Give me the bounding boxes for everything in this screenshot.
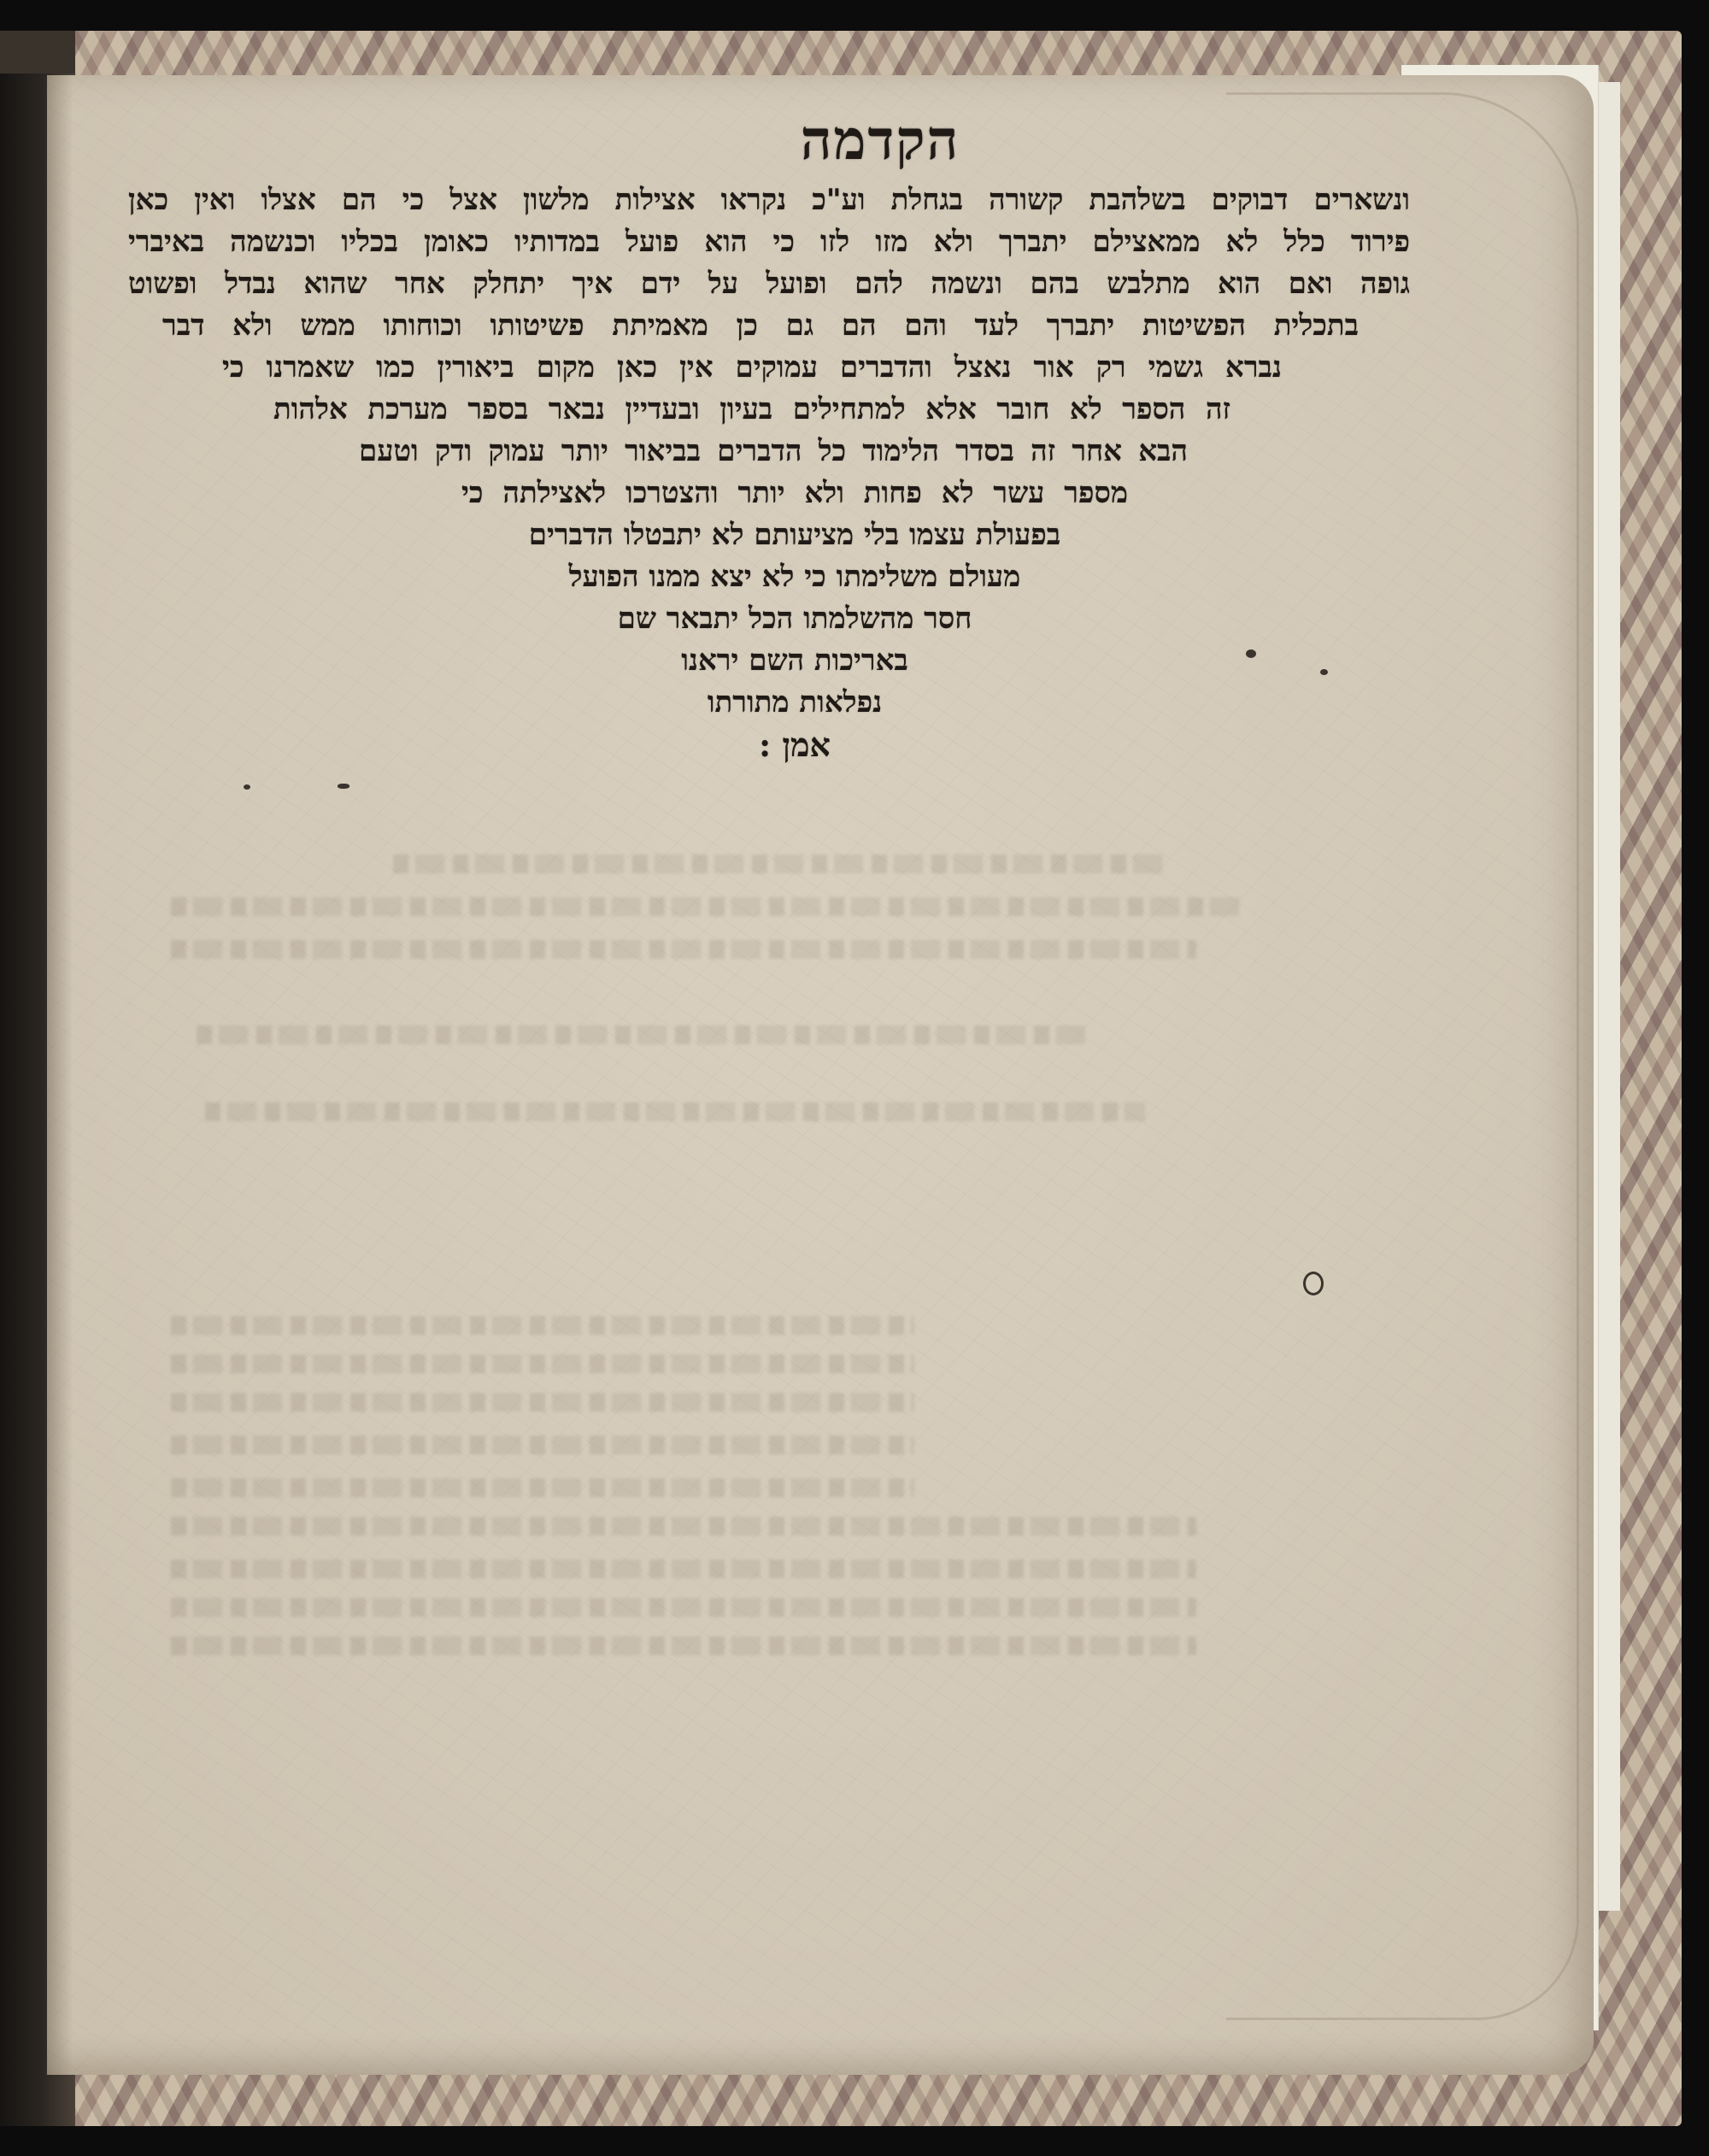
- introduction-text: הקדמה ונשארים דבוקים בשלהבת קשורה בגחלת …: [128, 103, 1359, 766]
- ink-spot: [1246, 649, 1256, 658]
- show-through-line: [171, 940, 1196, 959]
- show-through-line: [171, 1393, 914, 1412]
- text-line: הבא אחר זה בסדר הלימוד כל הדברים בביאור …: [359, 431, 1188, 473]
- printers-ornament-mark: [1303, 1272, 1324, 1295]
- show-through-line: [171, 1636, 1196, 1655]
- text-line: פירוד כלל לא ממאצילם יתברך ולא מזו לזו כ…: [128, 221, 1410, 263]
- text-line: נפלאות מתורתו: [231, 682, 1359, 724]
- gutter-shadow: [47, 75, 73, 2075]
- text-line: באריכות השם יראנו: [231, 640, 1359, 682]
- text-line: מספר עשר לא פחות ולא יותר והצטרכו לאצילת…: [461, 473, 1128, 514]
- show-through-line: [171, 1560, 1196, 1578]
- show-through-line: [171, 897, 1239, 916]
- closing-amen: אמן :: [231, 724, 1359, 766]
- ink-spot: [1320, 669, 1328, 675]
- show-through-line: [171, 1354, 914, 1373]
- text-line: בתכלית הפשיטות יתברך לעד והם הם גם כן מא…: [162, 305, 1359, 347]
- show-through-line: [393, 855, 1162, 873]
- text-line: גופה ואם הוא מתלבש בהם ונשמה להם ופועל ע…: [128, 263, 1410, 305]
- text-line: נברא גשמי רק אור נאצל והדברים עמוקים אין…: [222, 347, 1282, 389]
- text-line: בפעולת עצמו בלי מציעותם לא יתבטלו הדברים: [231, 514, 1359, 556]
- spine-band: [0, 31, 75, 73]
- show-through-line: [197, 1025, 1094, 1044]
- ink-spot: [338, 784, 349, 789]
- show-through-line: [171, 1436, 914, 1454]
- ink-spot: [244, 784, 250, 790]
- text-line: זה הספר לא חובר אלא למתחילים בעיון ובעדי…: [273, 389, 1230, 431]
- show-through-line: [205, 1102, 1145, 1121]
- show-through-line: [171, 1478, 914, 1497]
- page-heading: הקדמה: [402, 103, 1359, 179]
- text-line: מעולם משלימתו כי לא יצא ממנו הפועל: [231, 556, 1359, 598]
- show-through-line: [171, 1517, 1196, 1536]
- show-through-line: [171, 1316, 914, 1335]
- text-line: חסר מהשלמתו הכל יתבאר שם: [231, 598, 1359, 640]
- show-through-line: [171, 1598, 1196, 1617]
- text-line: ונשארים דבוקים בשלהבת קשורה בגחלת וע"כ נ…: [128, 179, 1410, 221]
